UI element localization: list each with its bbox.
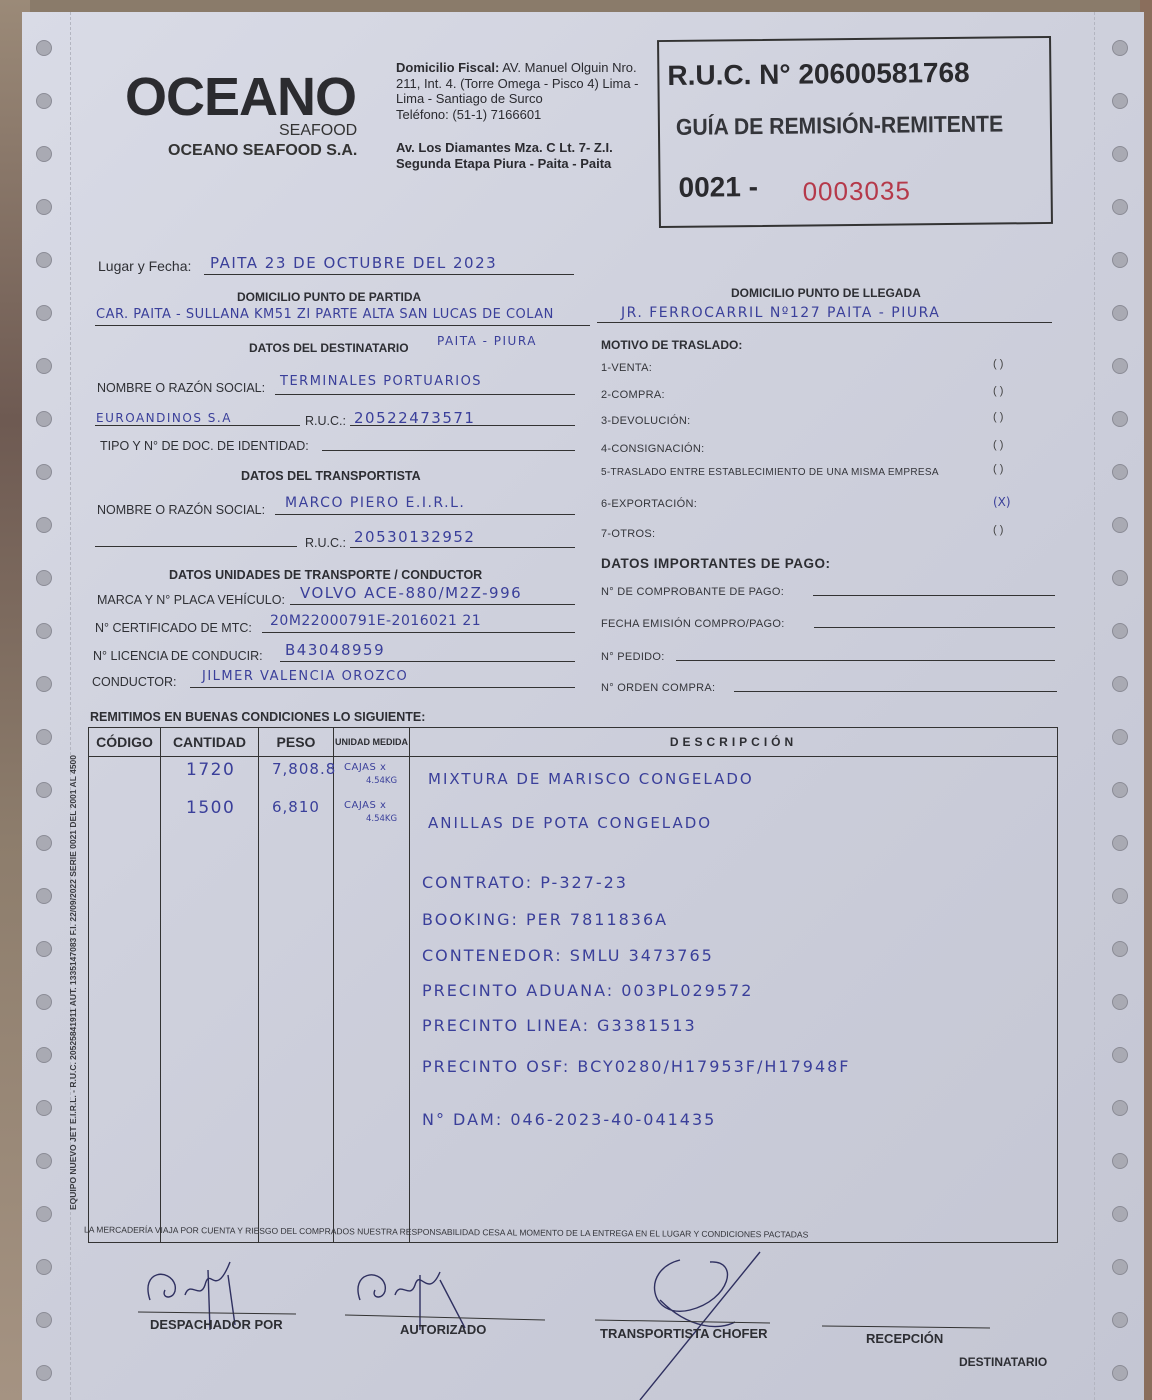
signature-recepcion: RECEPCIÓN: [866, 1331, 943, 1346]
signature-autorizado: AUTORIZADO: [400, 1322, 486, 1337]
signature-transportista: TRANSPORTISTA CHOFER: [600, 1326, 768, 1341]
signature-despachador: DESPACHADOR POR: [150, 1317, 283, 1332]
signatures-drawing: [0, 0, 1152, 1400]
signature-destinatario: DESTINATARIO: [959, 1355, 1047, 1369]
